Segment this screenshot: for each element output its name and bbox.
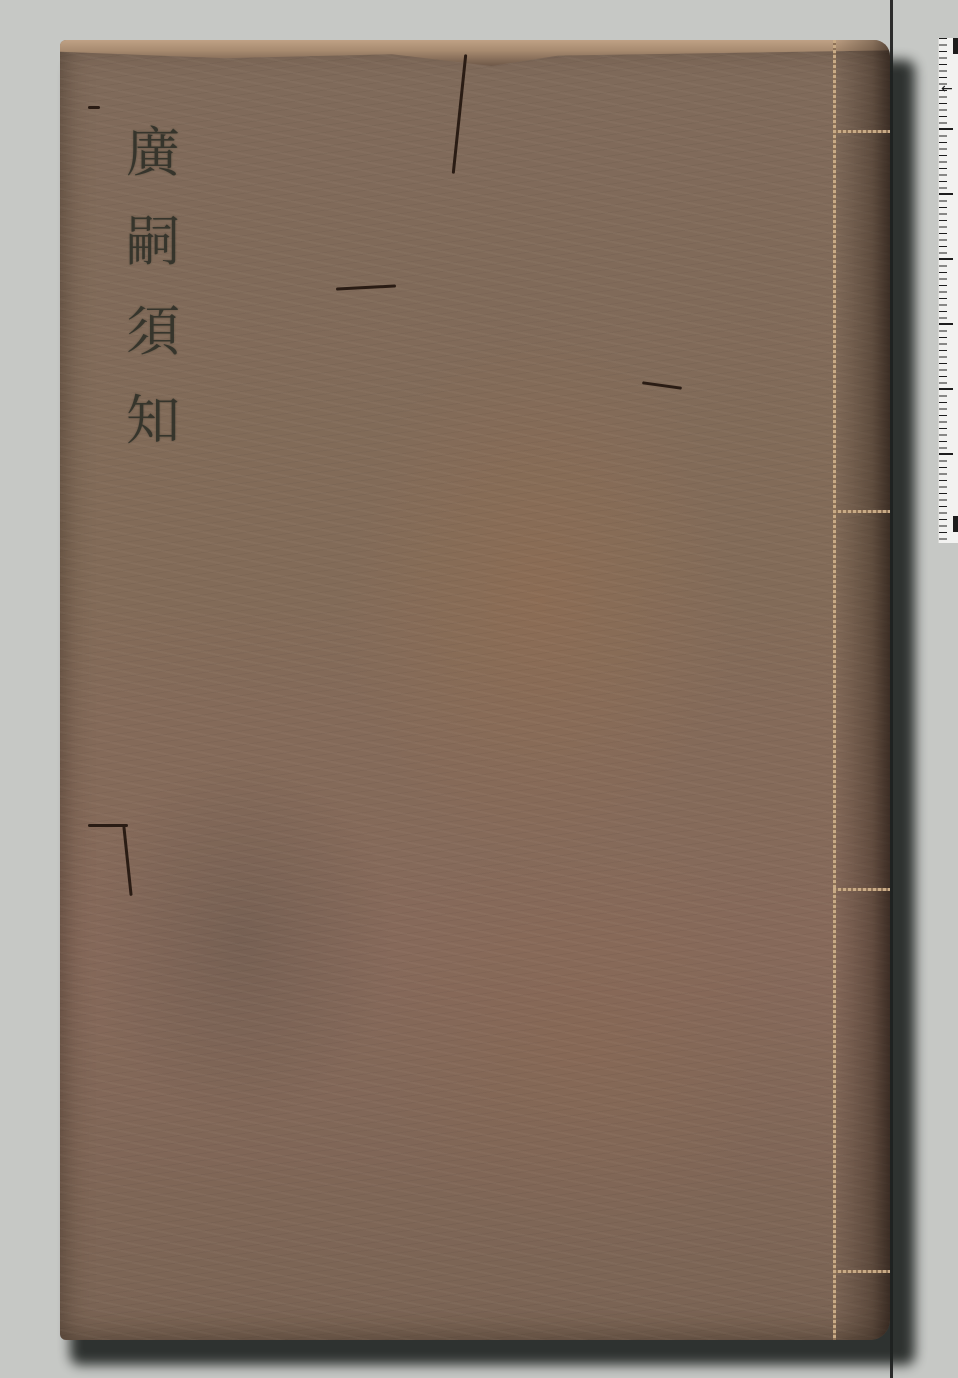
ruler-major-tick (939, 128, 953, 130)
ruler-major-tick (939, 323, 953, 325)
measurement-ruler: ← (938, 38, 958, 543)
tear-top (452, 54, 468, 174)
tear-left-vertical (122, 826, 132, 896)
ruler-cap-bottom (953, 516, 958, 532)
title-char-3: 須 (126, 301, 180, 363)
binding-stitch-4 (833, 1270, 890, 1273)
ruler-major-tick (939, 388, 953, 390)
binding-stitch-2 (833, 510, 890, 513)
mark-top-left (88, 106, 100, 109)
binding-thread (833, 40, 836, 1340)
arrow-left-icon: ← (941, 82, 953, 96)
ruler-major-tick (939, 258, 953, 260)
ruler-major-tick (939, 193, 953, 195)
binding-stitch-1 (833, 130, 890, 133)
book-title: 廣 嗣 須 知 (118, 122, 188, 452)
ruler-ticks (939, 38, 958, 543)
tear-mid-right (642, 381, 682, 390)
title-char-1: 廣 (126, 122, 180, 184)
binding-stitch-3 (833, 888, 890, 891)
book-cover: 廣 嗣 須 知 (60, 40, 890, 1340)
title-char-4: 知 (126, 390, 180, 452)
ruler-major-tick (939, 453, 953, 455)
worn-top-edge (60, 40, 890, 66)
tear-mid-left (336, 284, 396, 290)
title-char-2: 嗣 (126, 211, 180, 273)
spine-shading (832, 40, 890, 1340)
ruler-cap-top (953, 38, 958, 54)
